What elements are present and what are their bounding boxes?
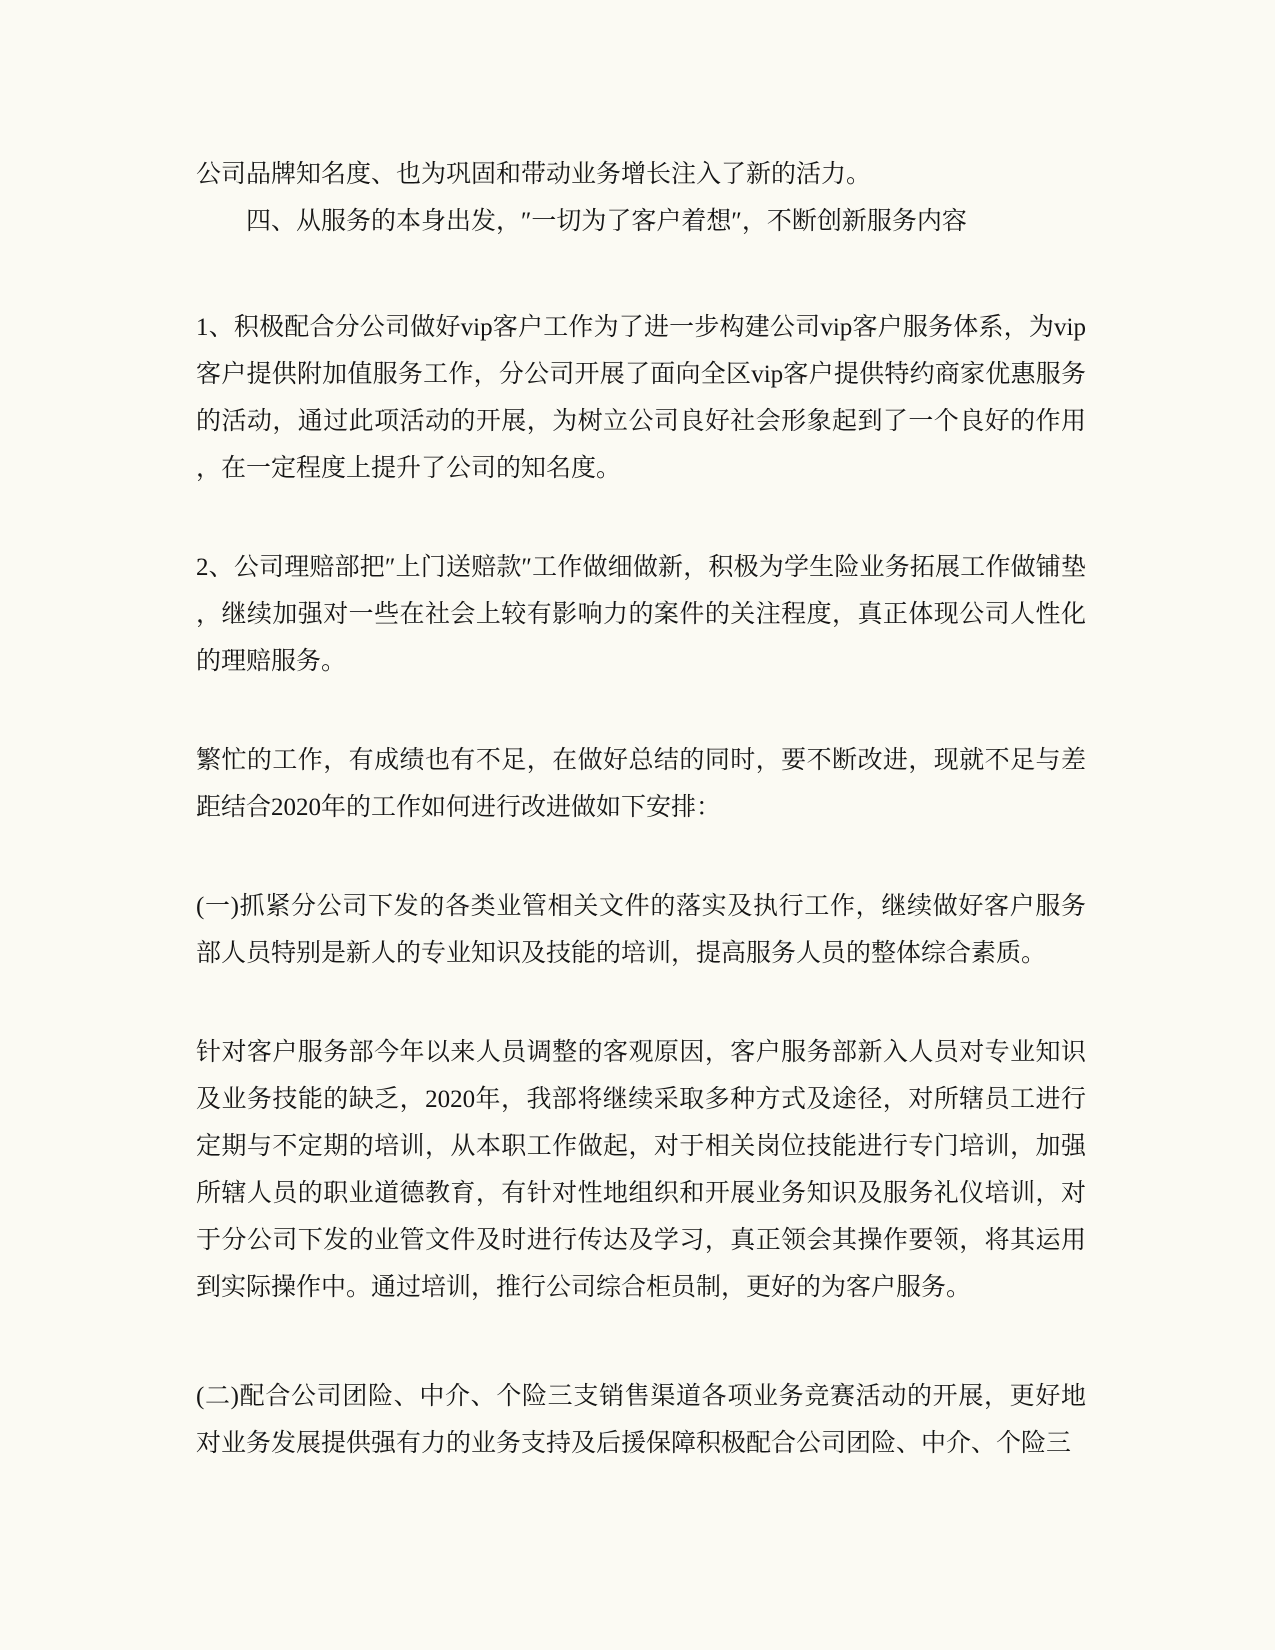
paragraph-plan-item-1-training: (一)抓紧分公司下发的各类业管相关文件的落实及执行工作，继续做好客户服务部人员特… <box>196 883 1086 977</box>
paragraph-transition-improvement: 繁忙的工作，有成绩也有不足，在做好总结的同时，要不断改进，现就不足与差距结合20… <box>196 737 1086 831</box>
paragraph-brand-closing: 公司品牌知名度、也为巩固和带动业务增长注入了新的活力。 <box>196 151 1086 198</box>
paragraph-item-2-claims-service: 2、公司理赔部把″上门送赔款″工作做细做新，积极为学生险业务拓展工作做铺垫，继续… <box>196 544 1086 685</box>
section-heading-four: 四、从服务的本身出发，″一切为了客户着想″，不断创新服务内容 <box>196 198 1086 245</box>
document-page: 公司品牌知名度、也为巩固和带动业务增长注入了新的活力。 四、从服务的本身出发，″… <box>0 0 1275 1650</box>
paragraph-plan-item-1-detail: 针对客户服务部今年以来人员调整的客观原因，客户服务部新入人员对专业知识及业务技能… <box>196 1029 1086 1311</box>
paragraph-item-1-vip-service: 1、积极配合分公司做好vip客户工作为了进一步构建公司vip客户服务体系，为vi… <box>196 304 1086 492</box>
paragraph-plan-item-2-sales-channels: (二)配合公司团险、中介、个险三支销售渠道各项业务竞赛活动的开展，更好地对业务发… <box>196 1373 1086 1467</box>
